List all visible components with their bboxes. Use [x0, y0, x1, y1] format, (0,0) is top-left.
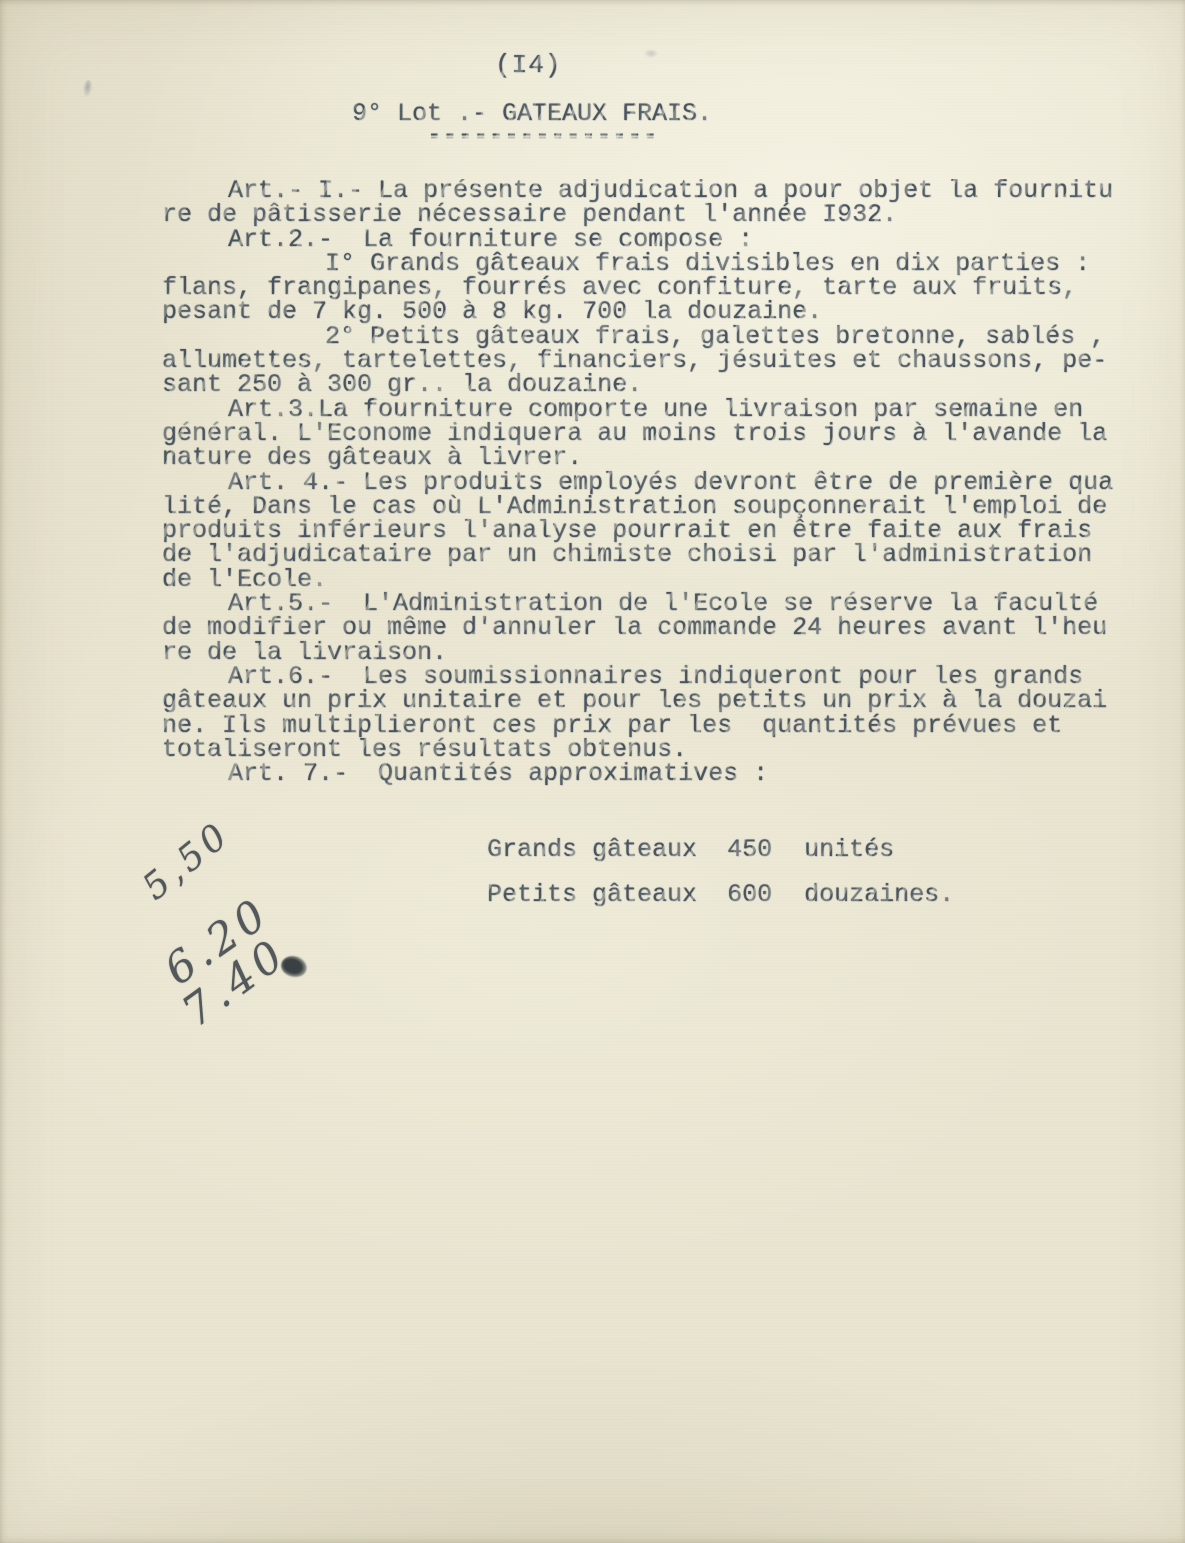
paper-speck [644, 49, 658, 58]
handwritten-price-note: 5,50 [135, 814, 239, 909]
typed-line: nature des gâteaux à livrer. [162, 446, 1152, 470]
page-number: (I4) [495, 50, 561, 80]
typed-line: re de pâtisserie nécessaire pendant l'an… [162, 203, 1152, 227]
typed-line: Art. 7.- Quantités approximatives : [162, 762, 1152, 786]
typed-line: de modifier ou même d'annuler la command… [162, 616, 1152, 640]
document-body: Art.- I.- La présente adjudication a pou… [162, 179, 1152, 786]
quantity-row-petits-gateaux: Petits gâteaux600douzaines. [427, 851, 954, 938]
title-underline: --------------- [427, 120, 658, 149]
quantity-label: Petits gâteaux [487, 880, 697, 909]
scanned-document-page: (I4) 9° Lot .- GATEAUX FRAIS. ----------… [0, 0, 1185, 1543]
quantity-unit: douzaines. [804, 880, 954, 909]
quantity-value: 600 [727, 880, 772, 909]
typed-line: gâteaux un prix unitaire et pour les pet… [162, 689, 1152, 713]
paper-speck [82, 79, 93, 97]
